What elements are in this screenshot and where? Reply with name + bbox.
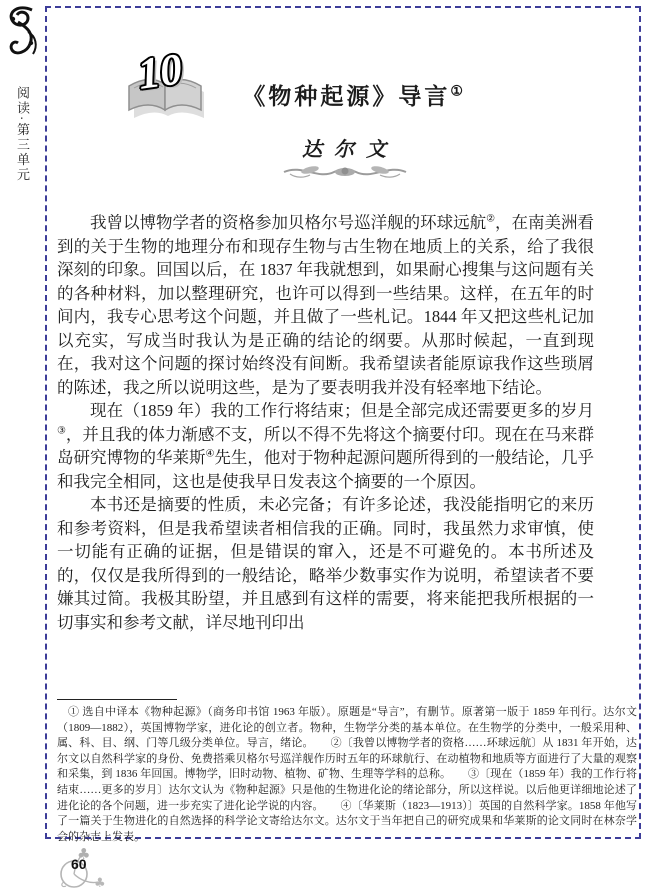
author-flourish-icon xyxy=(280,161,410,183)
page-number: 60 xyxy=(71,856,87,872)
sidebar-unit-label: 阅读·第三单元 xyxy=(13,86,32,182)
corner-flourish-icon xyxy=(4,4,44,62)
footnotes: ① 选自中译本《物种起源》（商务印书馆 1963 年版）。原题是“导言”，有删节… xyxy=(57,705,637,845)
author-name: 达尔文 xyxy=(45,133,641,162)
lesson-body: 我曾以博物学者的资格参加贝格尔号巡洋舰的环球远航②，在南美洲看到的关于生物的地理… xyxy=(57,211,594,634)
svg-text:♣: ♣ xyxy=(94,876,106,891)
footnote-block: ① 选自中译本《物种起源》（商务印书馆 1963 年版）。原题是“导言”，有删节… xyxy=(57,705,637,845)
paragraph-1: 我曾以博物学者的资格参加贝格尔号巡洋舰的环球远航②，在南美洲看到的关于生物的地理… xyxy=(57,211,594,399)
paragraph-2: 现在（1859 年）我的工作行将结束；但是全部完成还需要更多的岁月③，并且我的体… xyxy=(57,399,594,493)
footnote-separator xyxy=(57,699,177,700)
lesson-title: 《物种起源》导言① xyxy=(45,78,641,111)
paragraph-3: 本书还是摘要的性质，未必完备；有许多论述，我没能指明它的来历和参考资料，但是我希… xyxy=(57,493,594,634)
textbook-page: { "sidebar": { "label": "阅读·第三单元" }, "he… xyxy=(0,0,650,893)
